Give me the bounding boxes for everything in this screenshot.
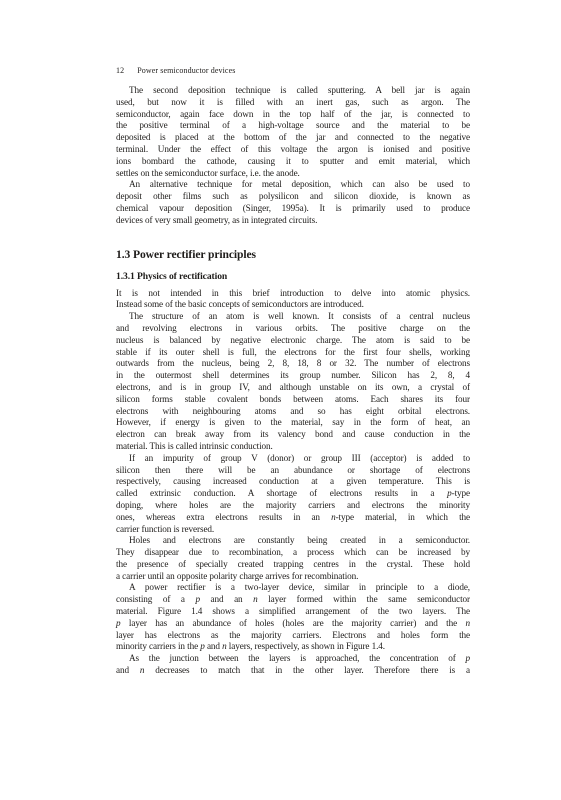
text-line: silicon forms stable covalent bonds betw…: [116, 394, 470, 406]
text-line: electrons, and is in group IV, and altho…: [116, 382, 470, 394]
page-number: 12: [116, 66, 124, 76]
text-line: devices of very small geometry, as in in…: [116, 215, 470, 227]
text-line: The structure of an atom is well known. …: [116, 311, 470, 323]
text-line: As the junction between the layers is ap…: [116, 653, 470, 665]
page-header: 12 Power semiconductor devices: [116, 66, 470, 76]
paragraph: The second deposition technique is calle…: [116, 85, 470, 179]
paragraph: It is not intended in this brief introdu…: [116, 288, 470, 312]
text-line: the positive terminal of a high-voltage …: [116, 120, 470, 132]
text-line: doping, where holes are the majority car…: [116, 500, 470, 512]
text-line: ones, whereas extra electrons results in…: [116, 512, 470, 524]
text-line: terminal. Under the effect of this volta…: [116, 144, 470, 156]
text-line: respectively, causing increased conducti…: [116, 476, 470, 488]
text-line: If an impurity of group V (donor) or gro…: [116, 453, 470, 465]
book-page: 12 Power semiconductor devices The secon…: [0, 0, 561, 800]
text-line: The second deposition technique is calle…: [116, 85, 470, 97]
text-line: A power rectifier is a two-layer device,…: [116, 582, 470, 594]
text-line: outwards from the nucleus, being 2, 8, 1…: [116, 358, 470, 370]
text-line: Holes and electrons are constantly being…: [116, 535, 470, 547]
text-line: minority carriers in the p and n layers,…: [116, 641, 470, 653]
text-line: layer has electrons as the majority carr…: [116, 630, 470, 642]
text-line: deposited is placed at the bottom of the…: [116, 132, 470, 144]
text-line: in the outermost shell determines its gr…: [116, 370, 470, 382]
running-title: Power semiconductor devices: [137, 66, 235, 76]
section-heading: 1.3 Power rectifier principles: [116, 248, 470, 262]
text-line: and revolving electrons in various orbit…: [116, 323, 470, 335]
text-line: nucleus is balanced by negative electron…: [116, 335, 470, 347]
text-line: a carrier until an opposite polarity cha…: [116, 571, 470, 583]
text-line: p layer has an abundance of holes (holes…: [116, 618, 470, 630]
text-line: semiconductor, again face down in the to…: [116, 109, 470, 121]
text-line: electrons with neighbouring atoms and so…: [116, 406, 470, 418]
text-line: chemical vapour deposition (Singer, 1995…: [116, 203, 470, 215]
paragraph: If an impurity of group V (donor) or gro…: [116, 453, 470, 536]
paragraph: A power rectifier is a two-layer device,…: [116, 582, 470, 653]
text-line: stable if its outer shell is full, the e…: [116, 347, 470, 359]
text-line: used, but now it is filled with an inert…: [116, 97, 470, 109]
paragraph: As the junction between the layers is ap…: [116, 653, 470, 677]
text-line: An alternative technique for metal depos…: [116, 179, 470, 191]
text-line: called extrinsic conduction. A shortage …: [116, 488, 470, 500]
paragraph: Holes and electrons are constantly being…: [116, 535, 470, 582]
text-line: Instead some of the basic concepts of se…: [116, 299, 470, 311]
text-line: carrier function is reversed.: [116, 524, 470, 536]
subsection-heading: 1.3.1 Physics of rectification: [116, 271, 470, 283]
text-line: electron can break away from its valency…: [116, 429, 470, 441]
text-line: deposit other films such as polysilicon …: [116, 191, 470, 203]
text-line: They disappear due to recombination, a p…: [116, 547, 470, 559]
text-line: settles on the semiconductor surface, i.…: [116, 168, 470, 180]
text-line: However, if energy is given to the mater…: [116, 417, 470, 429]
text-line: ions bombard the cathode, causing it to …: [116, 156, 470, 168]
paragraph: The structure of an atom is well known. …: [116, 311, 470, 453]
body-text: The second deposition technique is calle…: [116, 85, 470, 677]
text-line: material. Figure 1.4 shows a simplified …: [116, 606, 470, 618]
paragraph: An alternative technique for metal depos…: [116, 179, 470, 226]
text-line: material. This is called intrinsic condu…: [116, 441, 470, 453]
text-line: It is not intended in this brief introdu…: [116, 288, 470, 300]
text-line: the presence of specially created trappi…: [116, 559, 470, 571]
text-line: consisting of a p and an n layer formed …: [116, 594, 470, 606]
text-line: silicon then there will be an abundance …: [116, 465, 470, 477]
text-line: and n decreases to match that in the oth…: [116, 665, 470, 677]
